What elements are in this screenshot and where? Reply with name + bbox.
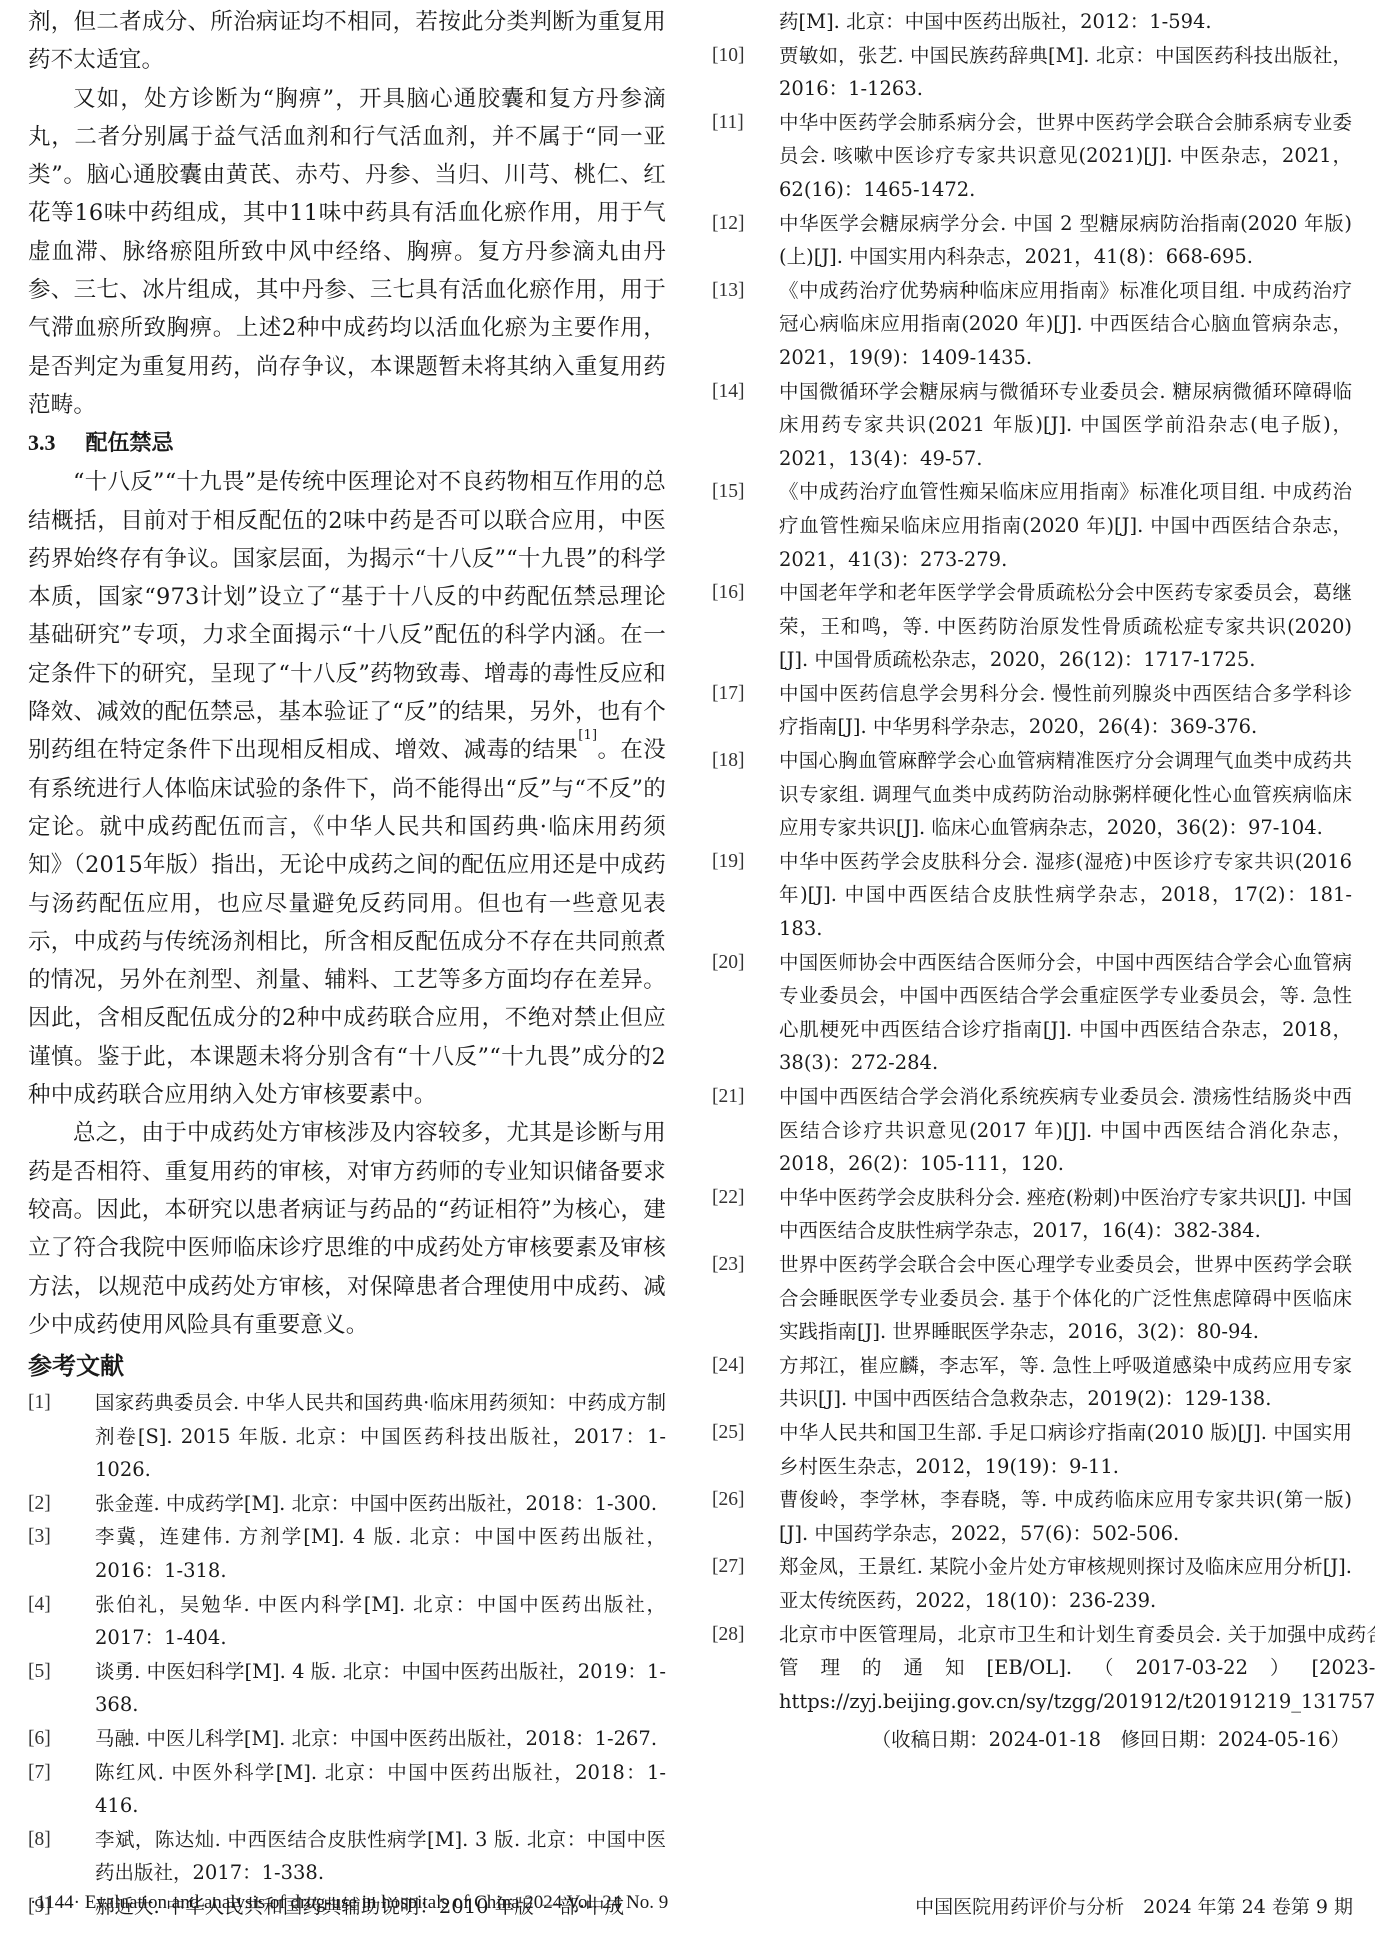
reference-text: 谈勇. 中医妇科学[M]. 4 版. 北京：中国中医药出版社，2019：1-36…	[95, 1655, 666, 1722]
reference-text: 《中成药治疗血管性痴呆临床应用指南》标准化项目组. 中成药治疗血管性痴呆临床应用…	[779, 475, 1352, 576]
paragraph-text: “十八反”“十九畏”是传统中医理论对不良药物相互作用的总结概括，目前对于相反配伍…	[28, 469, 666, 763]
reference-item: [5]谈勇. 中医妇科学[M]. 4 版. 北京：中国中医药出版社，2019：1…	[28, 1655, 666, 1722]
reference-text: 陈红风. 中医外科学[M]. 北京：中国中医药出版社，2018：1-416.	[95, 1756, 666, 1823]
reference-number: [15]	[712, 475, 779, 576]
reference-number: [11]	[712, 106, 779, 207]
reference-list-left: [1]国家药典委员会. 中华人民共和国药典·临床用药须知：中药成方制剂卷[S].…	[28, 1386, 666, 1924]
reference-number: [24]	[712, 1349, 779, 1416]
reference-number: [23]	[712, 1248, 779, 1349]
reference-number: [21]	[712, 1080, 779, 1181]
references-heading: 参考文献	[28, 1348, 666, 1384]
reference-number: [13]	[712, 274, 779, 375]
reference-text[interactable]: 郑金凤，王景红. 某院小金片处方审核规则探讨及临床应用分析[J]. 亚太传统医药…	[779, 1550, 1352, 1617]
reference-text: 中国心胸血管麻醉学会心血管病精准医疗分会调理气血类中成药共识专家组. 调理气血类…	[779, 744, 1352, 845]
citation-link[interactable]: [1]	[578, 728, 597, 743]
reference-number: [17]	[712, 677, 779, 744]
reference-text: 马融. 中医儿科学[M]. 北京：中国中医药出版社，2018：1-267.	[95, 1722, 666, 1756]
reference-item: [26]曹俊岭，李学林，李春晓，等. 中成药临床应用专家共识(第一版)[J]. …	[712, 1483, 1352, 1550]
reference-item: [21]中国中西医结合学会消化系统疾病专业委员会. 溃疡性结肠炎中西医结合诊疗共…	[712, 1080, 1352, 1181]
reference-text: 方邦江，崔应麟，李志军，等. 急性上呼吸道感染中成药应用专家共识[J]. 中国中…	[779, 1349, 1352, 1416]
reference-number: [8]	[28, 1823, 95, 1890]
body-paragraph: “十八反”“十九畏”是传统中医理论对不良药物相互作用的总结概括，目前对于相反配伍…	[28, 463, 666, 1114]
reference-number: [14]	[712, 375, 779, 476]
body-paragraph: 又如，处方诊断为“胸痹”，开具脑心通胶囊和复方丹参滴丸，二者分别属于益气活血剂和…	[28, 80, 666, 425]
reference-item: [11]中华中医药学会肺系病分会，世界中医药学会联合会肺系病专业委员会. 咳嗽中…	[712, 106, 1352, 207]
section-title: 配伍禁忌	[86, 431, 174, 456]
reference-number: [12]	[712, 207, 779, 274]
reference-number: [2]	[28, 1487, 95, 1521]
reference-number: [20]	[712, 946, 779, 1080]
reference-item: [14]中国微循环学会糖尿病与微循环专业委员会. 糖尿病微循环障碍临床用药专家共…	[712, 375, 1352, 476]
paragraph-text: 。在没有系统进行人体临床试验的条件下，尚不能得出“反”与“不反”的定论。就中成药…	[28, 737, 666, 1108]
left-column: 剂，但二者成分、所治病证均不相同，若按此分类判断为重复用药不太适宜。 又如，处方…	[28, 0, 666, 1924]
reference-number: [18]	[712, 744, 779, 845]
received-revised-dates: （收稿日期：2024-01-18 修回日期：2024-05-16）	[712, 1722, 1352, 1758]
reference-number: [16]	[712, 576, 779, 677]
reference-item: [1]国家药典委员会. 中华人民共和国药典·临床用药须知：中药成方制剂卷[S].…	[28, 1386, 666, 1487]
reference-number: [1]	[28, 1386, 95, 1487]
conclusion-paragraph: 总之，由于中成药处方审核涉及内容较多，尤其是诊断与用药是否相符、重复用药的审核，…	[28, 1114, 666, 1344]
reference-text: 张伯礼，吴勉华. 中医内科学[M]. 北京：中国中医药出版社，2017：1-40…	[95, 1588, 666, 1655]
reference-item: [10]贾敏如，张艺. 中国民族药辞典[M]. 北京：中国医药科技出版社，201…	[712, 39, 1352, 106]
reference-text: 《中成药治疗优势病种临床应用指南》标准化项目组. 中成药治疗冠心病临床应用指南(…	[779, 274, 1352, 375]
reference-number: [4]	[28, 1588, 95, 1655]
reference-item: [28]北京市中医管理局，北京市卫生和计划生育委员会. 关于加强中成药合理使用管…	[712, 1618, 1352, 1719]
reference-item: [19]中华中医药学会皮肤科分会. 湿疹(湿疮)中医诊疗专家共识(2016 年)…	[712, 845, 1352, 946]
reference-number: [25]	[712, 1416, 779, 1483]
reference-text: 中华中医药学会皮肤科分会. 痤疮(粉刺)中医治疗专家共识[J]. 中国中西医结合…	[779, 1181, 1352, 1248]
reference-text: 中华中医药学会肺系病分会，世界中医药学会联合会肺系病专业委员会. 咳嗽中医诊疗专…	[779, 106, 1352, 207]
reference-number: [26]	[712, 1483, 779, 1550]
reference-item: [27]郑金凤，王景红. 某院小金片处方审核规则探讨及临床应用分析[J]. 亚太…	[712, 1550, 1352, 1617]
reference-item: [22]中华中医药学会皮肤科分会. 痤疮(粉刺)中医治疗专家共识[J]. 中国中…	[712, 1181, 1352, 1248]
reference-item: [2]张金莲. 中成药学[M]. 北京：中国中医药出版社，2018：1-300.	[28, 1487, 666, 1521]
reference-number: [27]	[712, 1550, 779, 1617]
reference-item: [25]中华人民共和国卫生部. 手足口病诊疗指南(2010 版)[J]. 中国实…	[712, 1416, 1352, 1483]
reference-item: [20]中国医师协会中西医结合医师分会，中国中西医结合学会心血管病专业委员会，中…	[712, 946, 1352, 1080]
reference-text: 中国老年学和老年医学学会骨质疏松分会中医药专家委员会，葛继荣，王和鸣，等. 中医…	[779, 576, 1352, 677]
footer-journal-cn: 中国医院用药评价与分析 2024 年第 24 卷第 9 期	[915, 1892, 1353, 1919]
section-number: 3.3	[28, 430, 56, 455]
reference-text: 中国中西医结合学会消化系统疾病专业委员会. 溃疡性结肠炎中西医结合诊疗共识意见(…	[779, 1080, 1352, 1181]
reference-number: [3]	[28, 1520, 95, 1587]
reference-item: [24]方邦江，崔应麟，李志军，等. 急性上呼吸道感染中成药应用专家共识[J].…	[712, 1349, 1352, 1416]
reference-item: [13]《中成药治疗优势病种临床应用指南》标准化项目组. 中成药治疗冠心病临床应…	[712, 274, 1352, 375]
reference-number: [19]	[712, 845, 779, 946]
reference-text: 中国医师协会中西医结合医师分会，中国中西医结合学会心血管病专业委员会，中国中西医…	[779, 946, 1352, 1080]
reference-continuation: 药[M]. 北京：中国中医药出版社，2012：1-594.	[712, 5, 1352, 39]
reference-text: 北京市中医管理局，北京市卫生和计划生育委员会. 关于加强中成药合理使用管理的通知…	[779, 1618, 1375, 1719]
reference-text: 中华中医药学会皮肤科分会. 湿疹(湿疮)中医诊疗专家共识(2016 年)[J].…	[779, 845, 1352, 946]
reference-text: 李冀，连建伟. 方剂学[M]. 4 版. 北京：中国中医药出版社，2016：1-…	[95, 1520, 666, 1587]
section-heading: 3.3配伍禁忌	[28, 424, 666, 463]
reference-item: [18]中国心胸血管麻醉学会心血管病精准医疗分会调理气血类中成药共识专家组. 调…	[712, 744, 1352, 845]
reference-item: [15]《中成药治疗血管性痴呆临床应用指南》标准化项目组. 中成药治疗血管性痴呆…	[712, 475, 1352, 576]
reference-text: 贾敏如，张艺. 中国民族药辞典[M]. 北京：中国医药科技出版社，2016：1-…	[779, 39, 1352, 106]
reference-text: 李斌，陈达灿. 中西医结合皮肤性病学[M]. 3 版. 北京：中国中医药出版社，…	[95, 1823, 666, 1890]
reference-list-right: 药[M]. 北京：中国中医药出版社，2012：1-594. [10]贾敏如，张艺…	[712, 5, 1352, 1718]
reference-number: [6]	[28, 1722, 95, 1756]
reference-text: 国家药典委员会. 中华人民共和国药典·临床用药须知：中药成方制剂卷[S]. 20…	[95, 1386, 666, 1487]
reference-text: 世界中医药学会联合会中医心理学专业委员会，世界中医药学会联合会睡眠医学专业委员会…	[779, 1248, 1352, 1349]
reference-item: [23]世界中医药学会联合会中医心理学专业委员会，世界中医药学会联合会睡眠医学专…	[712, 1248, 1352, 1349]
reference-text: 张金莲. 中成药学[M]. 北京：中国中医药出版社，2018：1-300.	[95, 1487, 666, 1521]
reference-item: [4]张伯礼，吴勉华. 中医内科学[M]. 北京：中国中医药出版社，2017：1…	[28, 1588, 666, 1655]
body-paragraph: 剂，但二者成分、所治病证均不相同，若按此分类判断为重复用药不太适宜。	[28, 3, 666, 80]
reference-item: [16]中国老年学和老年医学学会骨质疏松分会中医药专家委员会，葛继荣，王和鸣，等…	[712, 576, 1352, 677]
reference-item: [8]李斌，陈达灿. 中西医结合皮肤性病学[M]. 3 版. 北京：中国中医药出…	[28, 1823, 666, 1890]
reference-text: 中国中医药信息学会男科分会. 慢性前列腺炎中西医结合多学科诊疗指南[J]. 中华…	[779, 677, 1352, 744]
reference-item: [6]马融. 中医儿科学[M]. 北京：中国中医药出版社，2018：1-267.	[28, 1722, 666, 1756]
right-column: 药[M]. 北京：中国中医药出版社，2012：1-594. [10]贾敏如，张艺…	[712, 0, 1352, 1758]
reference-number: [10]	[712, 39, 779, 106]
reference-number: [28]	[712, 1618, 779, 1719]
reference-item: [17]中国中医药信息学会男科分会. 慢性前列腺炎中西医结合多学科诊疗指南[J]…	[712, 677, 1352, 744]
footer-page-journal-en: ·1144· Evaluation and analysis of drug-u…	[30, 1892, 668, 1914]
reference-text: 中华医学会糖尿病学分会. 中国 2 型糖尿病防治指南(2020 年版)(上)[J…	[779, 207, 1352, 274]
reference-text: 中国微循环学会糖尿病与微循环专业委员会. 糖尿病微循环障碍临床用药专家共识(20…	[779, 375, 1352, 476]
reference-number: [22]	[712, 1181, 779, 1248]
reference-item: [3]李冀，连建伟. 方剂学[M]. 4 版. 北京：中国中医药出版社，2016…	[28, 1520, 666, 1587]
reference-text: 中华人民共和国卫生部. 手足口病诊疗指南(2010 版)[J]. 中国实用乡村医…	[779, 1416, 1352, 1483]
reference-item: [7]陈红风. 中医外科学[M]. 北京：中国中医药出版社，2018：1-416…	[28, 1756, 666, 1823]
page-footer: ·1144· Evaluation and analysis of drug-u…	[0, 1892, 1375, 1932]
reference-number: [5]	[28, 1655, 95, 1722]
reference-text: 曹俊岭，李学林，李春晓，等. 中成药临床应用专家共识(第一版)[J]. 中国药学…	[779, 1483, 1352, 1550]
reference-number: [7]	[28, 1756, 95, 1823]
reference-item: [12]中华医学会糖尿病学分会. 中国 2 型糖尿病防治指南(2020 年版)(…	[712, 207, 1352, 274]
